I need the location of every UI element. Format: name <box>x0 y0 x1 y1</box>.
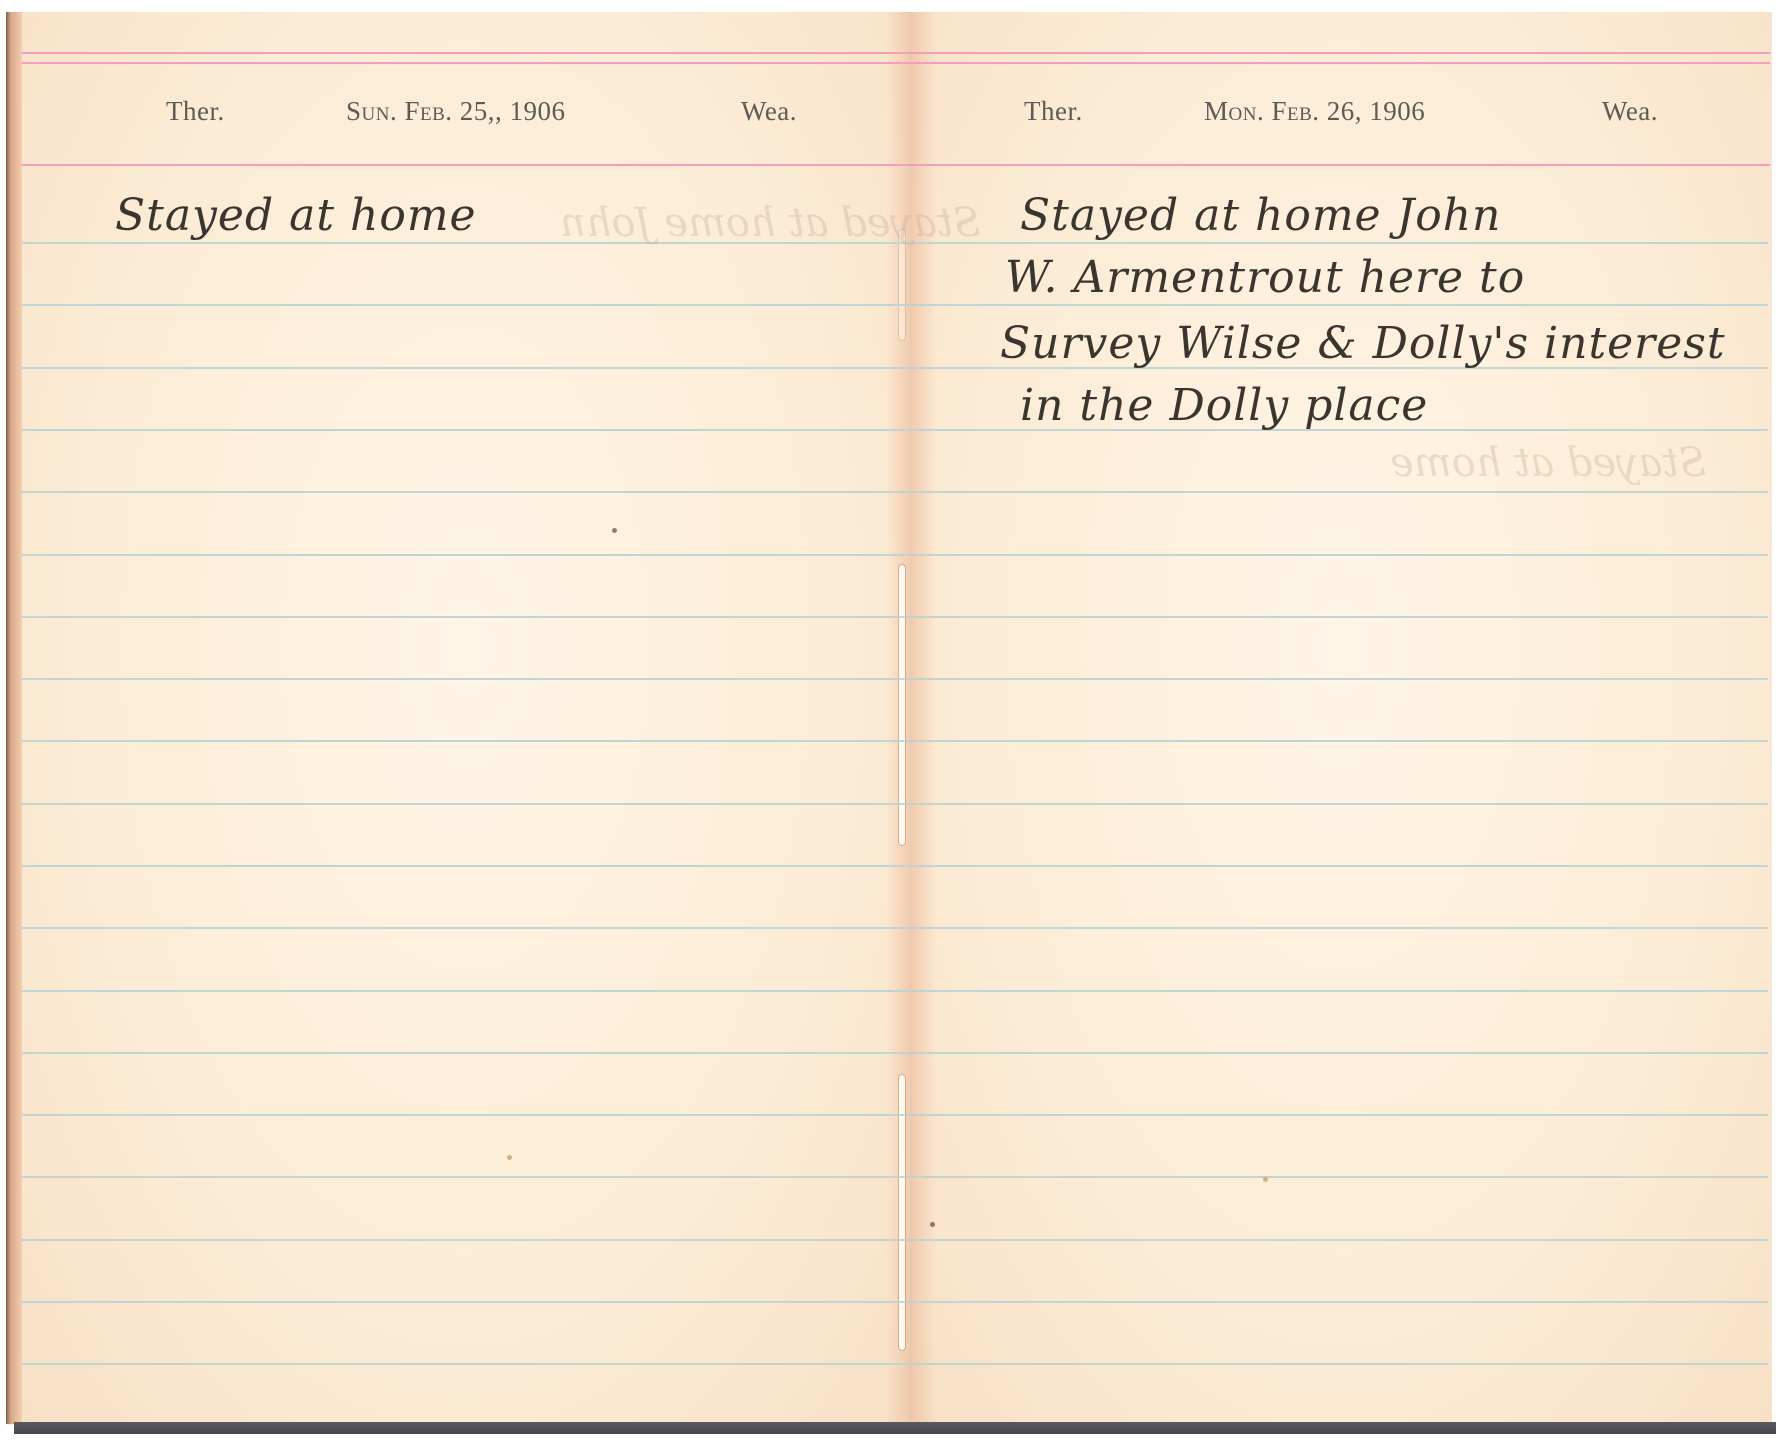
ruled-line <box>22 803 1768 805</box>
header-rule-top-2 <box>22 62 1770 64</box>
left-page-header: Ther. Sun. Feb. 25,, 1906 Wea. <box>16 96 904 136</box>
ruled-line <box>22 491 1768 493</box>
ruled-line <box>22 1301 1768 1303</box>
ruled-line <box>22 1114 1768 1116</box>
ruled-line <box>22 740 1768 742</box>
ruled-line <box>22 1052 1768 1054</box>
paper-speck <box>1263 1177 1268 1182</box>
weather-label: Wea. <box>1602 96 1658 127</box>
bleed-through-writing: Stayed at home John <box>560 200 980 246</box>
ruled-line <box>22 927 1768 929</box>
ruled-line <box>22 1363 1768 1365</box>
cover-edge-bottom <box>14 1422 1776 1434</box>
right-page-header: Ther. Mon. Feb. 26, 1906 Wea. <box>904 96 1766 136</box>
header-rule-bottom <box>22 164 1770 166</box>
header-rule-top <box>22 52 1770 54</box>
right-entry-line: Survey Wilse & Dolly's interest <box>1000 318 1726 369</box>
ruled-line <box>22 304 1768 306</box>
left-entry-line: Stayed at home <box>115 190 477 241</box>
weather-label: Wea. <box>741 96 797 127</box>
right-entry-line: in the Dolly place <box>1020 380 1428 431</box>
ruled-line <box>22 1176 1768 1178</box>
cover-edge-left <box>6 12 22 1424</box>
ruled-line <box>22 678 1768 680</box>
thermometer-label: Ther. <box>166 96 225 127</box>
binding-stitch <box>899 1075 905 1350</box>
ruled-line <box>22 429 1768 431</box>
binding-stitch <box>899 230 905 340</box>
thermometer-label: Ther. <box>1024 96 1083 127</box>
right-entry-line: W. Armentrout here to <box>1005 252 1525 303</box>
ruled-line <box>22 616 1768 618</box>
right-entry-line: Stayed at home John <box>1020 190 1501 241</box>
page-date: Sun. Feb. 25,, 1906 <box>346 96 566 127</box>
ruled-line <box>22 1239 1768 1241</box>
paper-speck <box>612 528 617 533</box>
ruled-line <box>22 990 1768 992</box>
ruled-line <box>22 865 1768 867</box>
paper-speck <box>930 1222 935 1227</box>
bleed-through-writing: Stayed at home <box>1390 440 1706 486</box>
ruled-line <box>22 554 1768 556</box>
page-date: Mon. Feb. 26, 1906 <box>1204 96 1425 127</box>
paper-speck <box>507 1155 512 1160</box>
